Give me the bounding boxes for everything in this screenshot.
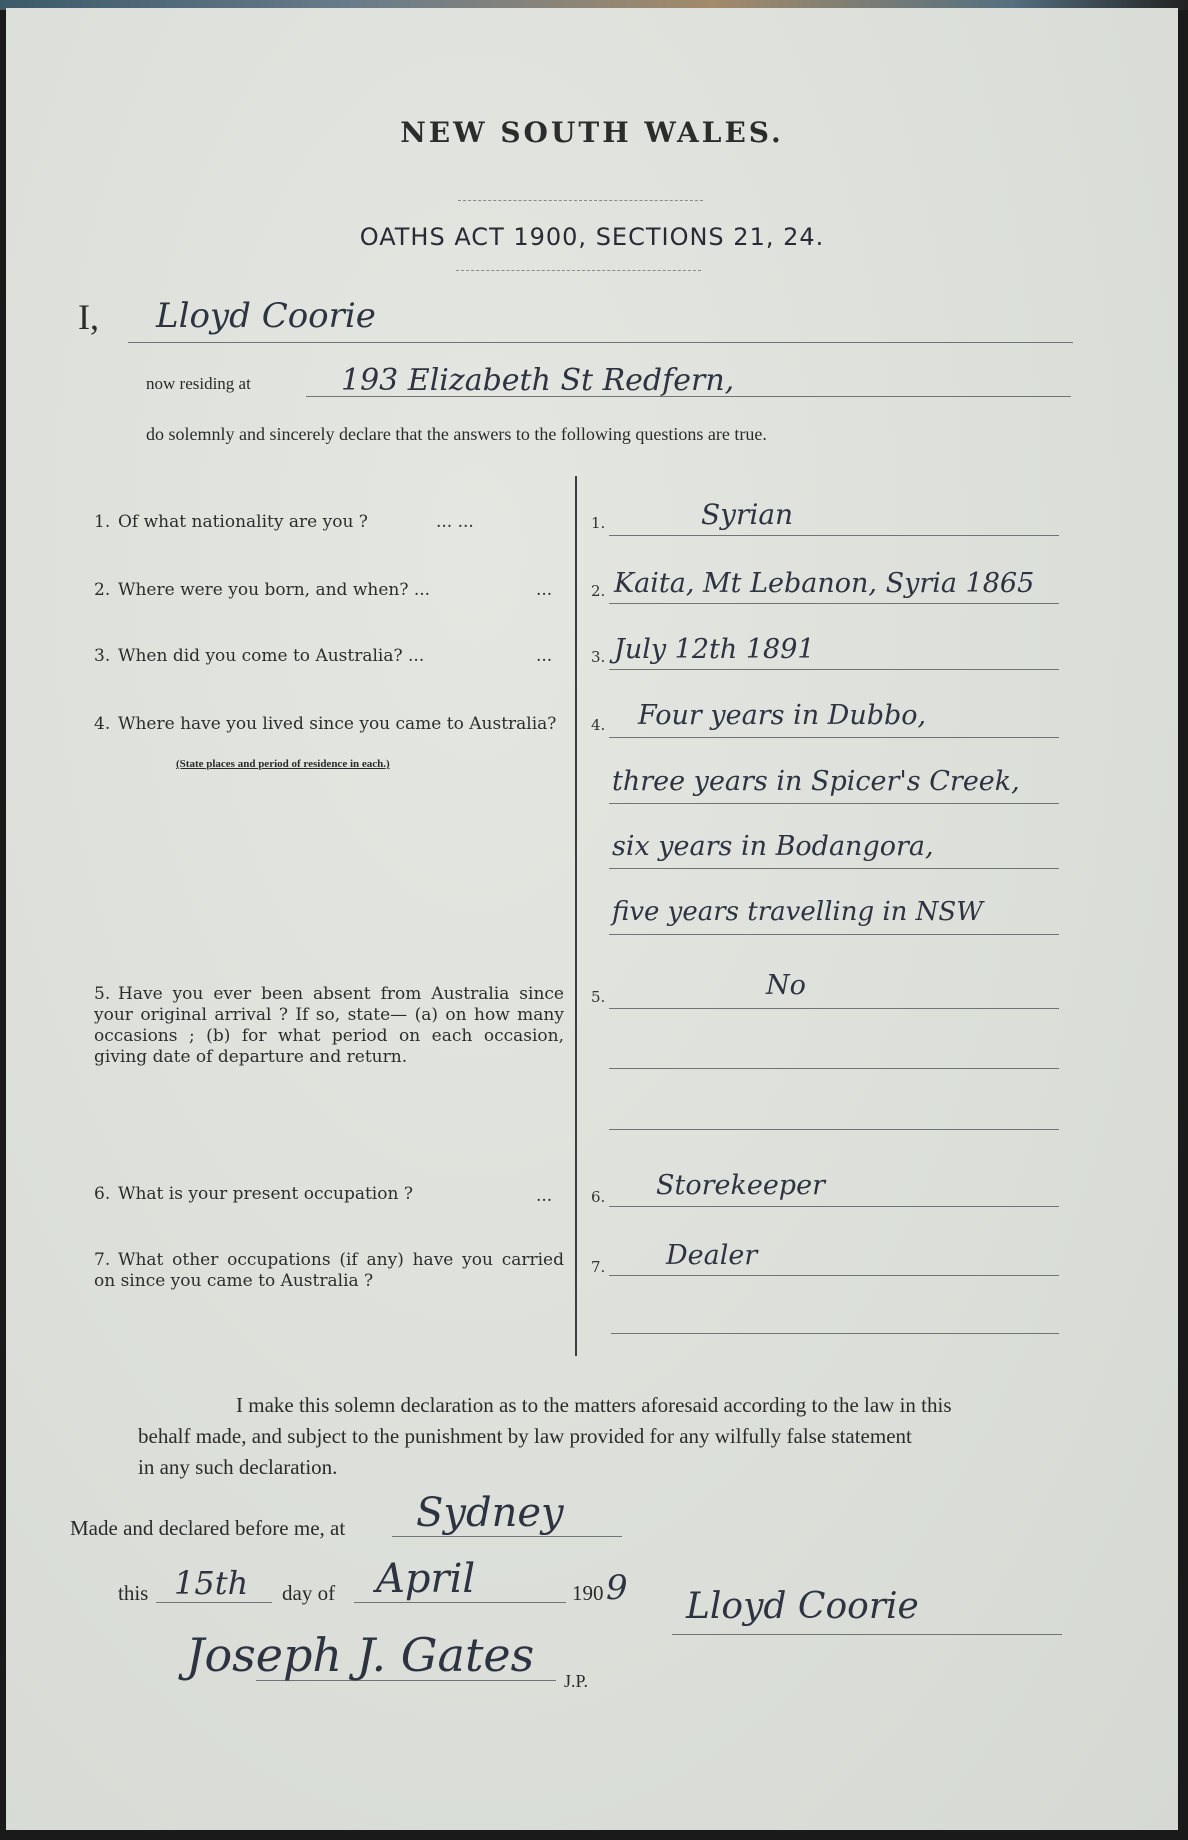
answer-6-line <box>609 1206 1059 1207</box>
answer-7-number: 7. <box>591 1258 605 1276</box>
this-label: this <box>118 1578 148 1609</box>
question-2-dots: ... <box>536 580 552 601</box>
answer-4-line-1 <box>609 737 1059 738</box>
answer-4-residence-2[interactable]: three years in Spicer's Creek, <box>612 766 1020 797</box>
question-2: 2.Where were you born, and when? ... <box>94 580 564 601</box>
declaration-month[interactable]: April <box>376 1556 475 1602</box>
year-suffix[interactable]: 9 <box>606 1568 628 1608</box>
name-line <box>128 342 1073 343</box>
declaration-intro: do solemnly and sincerely declare that t… <box>146 424 767 445</box>
answer-4-residence-1[interactable]: Four years in Dubbo, <box>638 700 926 731</box>
answer-7-other-occupation[interactable]: Dealer <box>666 1240 757 1271</box>
answer-4-line-3 <box>609 868 1059 869</box>
answer-3-arrival[interactable]: July 12th 1891 <box>614 634 815 665</box>
act-subtitle: OATHS ACT 1900, SECTIONS 21, 24. <box>6 223 1178 251</box>
answer-4-line-4 <box>609 934 1059 935</box>
answer-7-line-1 <box>609 1275 1059 1276</box>
jp-label: J.P. <box>564 1666 588 1697</box>
question-6: 6.What is your present occupation ? <box>94 1184 564 1205</box>
month-line <box>354 1602 566 1603</box>
declarant-signature-line <box>672 1634 1062 1635</box>
divider-rule <box>456 270 701 271</box>
day-line <box>156 1602 272 1603</box>
question-3-dots: ... <box>536 646 552 667</box>
declarant-name[interactable]: Lloyd Coorie <box>156 296 376 336</box>
answer-5-line-2 <box>609 1068 1059 1069</box>
residing-label: now residing at <box>146 374 251 394</box>
question-1-dots: ... ... <box>436 512 474 533</box>
declaration-line-3: in any such declaration. <box>138 1452 337 1483</box>
answer-2-number: 2. <box>591 582 605 600</box>
answer-2-birthplace[interactable]: Kaita, Mt Lebanon, Syria 1865 <box>614 568 1034 599</box>
answer-7-line-2 <box>611 1333 1059 1334</box>
answer-5-line-3 <box>609 1129 1059 1130</box>
year-prefix: 190 <box>572 1578 604 1609</box>
answer-5-absence[interactable]: No <box>766 970 806 1001</box>
document-page: NEW SOUTH WALES. OATHS ACT 1900, SECTION… <box>6 8 1178 1830</box>
i-prefix: I, <box>78 296 99 338</box>
declarant-signature[interactable]: Lloyd Coorie <box>686 1586 919 1627</box>
made-declared-label: Made and declared before me, at <box>70 1513 345 1544</box>
answer-4-number: 4. <box>591 716 605 734</box>
question-4: 4.Where have you lived since you came to… <box>94 714 564 735</box>
question-7: 7.What other occupations (if any) have y… <box>94 1250 564 1292</box>
answer-3-line <box>609 669 1059 670</box>
place-line <box>392 1536 622 1537</box>
answer-6-number: 6. <box>591 1188 605 1206</box>
question-5: 5.Have you ever been absent from Austral… <box>94 984 564 1068</box>
question-6-dots: ... <box>536 1186 552 1207</box>
declaration-line-1: I make this solemn declaration as to the… <box>236 1390 952 1421</box>
answer-6-occupation[interactable]: Storekeeper <box>656 1170 825 1201</box>
day-of-label: day of <box>282 1578 335 1609</box>
declaration-line-2: behalf made, and subject to the punishme… <box>138 1421 912 1452</box>
answer-2-line <box>609 603 1059 604</box>
declaration-place[interactable]: Sydney <box>416 1490 564 1536</box>
question-1: 1.Of what nationality are you ? <box>94 512 564 533</box>
answer-5-line-1 <box>609 1008 1059 1009</box>
declaration-day[interactable]: 15th <box>174 1564 248 1602</box>
answer-4-residence-4[interactable]: five years travelling in NSW <box>612 897 983 927</box>
question-3: 3.When did you come to Australia? ... <box>94 646 564 667</box>
question-4-note: (State places and period of residence in… <box>176 758 390 770</box>
jp-signature[interactable]: Joseph J. Gates <box>186 1628 534 1682</box>
answer-1-nationality[interactable]: Syrian <box>701 498 793 531</box>
answer-4-line-2 <box>609 803 1059 804</box>
answer-4-residence-3[interactable]: six years in Bodangora, <box>612 831 934 862</box>
column-divider <box>575 476 577 1356</box>
answer-3-number: 3. <box>591 648 605 666</box>
declarant-address[interactable]: 193 Elizabeth St Redfern, <box>341 363 734 398</box>
answer-1-line <box>609 535 1059 536</box>
answer-5-number: 5. <box>591 988 605 1006</box>
divider-rule <box>458 200 703 201</box>
answer-1-number: 1. <box>591 514 605 532</box>
page-title: NEW SOUTH WALES. <box>6 116 1178 149</box>
